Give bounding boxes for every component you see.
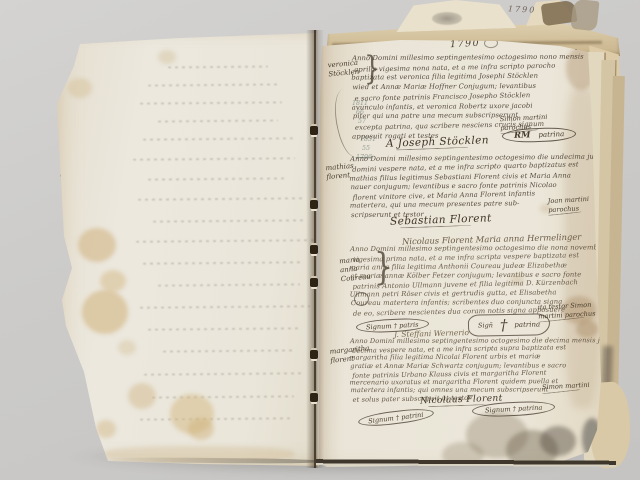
signum-left: Sigñ <box>478 321 493 329</box>
witness-title: parochus <box>548 204 590 215</box>
patrina-initials: RM <box>514 130 531 141</box>
binding-stitch <box>310 393 318 402</box>
stain <box>96 420 116 438</box>
bleedthrough-line <box>152 395 294 398</box>
binding-stitch <box>310 350 318 359</box>
father-signature: A Joseph Stöcklen <box>386 134 489 151</box>
bleedthrough-line <box>143 137 293 140</box>
bleedthrough-line <box>148 327 300 330</box>
right-page: 1790 4 1811 66 57 1851 55 1796 veronica … <box>314 28 618 474</box>
bleedthrough-line <box>140 101 282 104</box>
bleedthrough-line <box>140 305 310 308</box>
bleedthrough-line <box>136 239 314 243</box>
bleedthrough-line <box>158 283 300 286</box>
binding-stitch <box>310 245 318 254</box>
manuscript-photo: 1790 <box>0 0 640 480</box>
stain <box>540 426 576 456</box>
stain <box>82 290 128 334</box>
bleedthrough-line <box>153 219 303 222</box>
stain <box>118 340 136 355</box>
left-page <box>48 28 324 470</box>
signum-patrini-oval: Signum † patrini <box>357 406 434 428</box>
bleedthrough-line <box>140 417 290 420</box>
binding-stitch <box>310 200 318 209</box>
bleedthrough-line <box>158 119 278 122</box>
bleedthrough-line <box>138 197 306 200</box>
father-signature: Sebastian Florent <box>390 212 492 229</box>
bleedthrough-line <box>144 372 304 375</box>
cross-mark: † <box>500 320 508 330</box>
signum-right: patrina <box>514 320 540 328</box>
stain <box>128 383 156 409</box>
stain <box>78 228 116 262</box>
ink-smudge-stamp <box>432 12 462 25</box>
patrina-label: patrina <box>538 130 564 139</box>
bleedthrough-line <box>168 66 268 69</box>
binding-stitch <box>310 126 318 135</box>
binding-stitch <box>310 278 318 287</box>
bleedthrough-line <box>163 349 295 352</box>
witness-name: Simon martini <box>542 381 590 392</box>
bleedthrough-line <box>148 177 288 180</box>
stain <box>100 270 126 292</box>
bleedthrough-line <box>148 83 278 86</box>
edge-year-text: 1790 <box>508 4 537 14</box>
stain <box>188 418 214 440</box>
stain <box>68 78 92 98</box>
binding-gutter <box>306 30 324 468</box>
stain <box>158 50 176 64</box>
bleedthrough-line <box>133 157 295 160</box>
torn-paper-piece <box>571 0 600 31</box>
bleedthrough-line <box>143 261 303 264</box>
book-bottom-edge <box>316 458 616 469</box>
signum-patrina-box: Sigñ † patrina <box>468 313 550 336</box>
witness-signature: Joan martini parochus <box>548 195 590 215</box>
